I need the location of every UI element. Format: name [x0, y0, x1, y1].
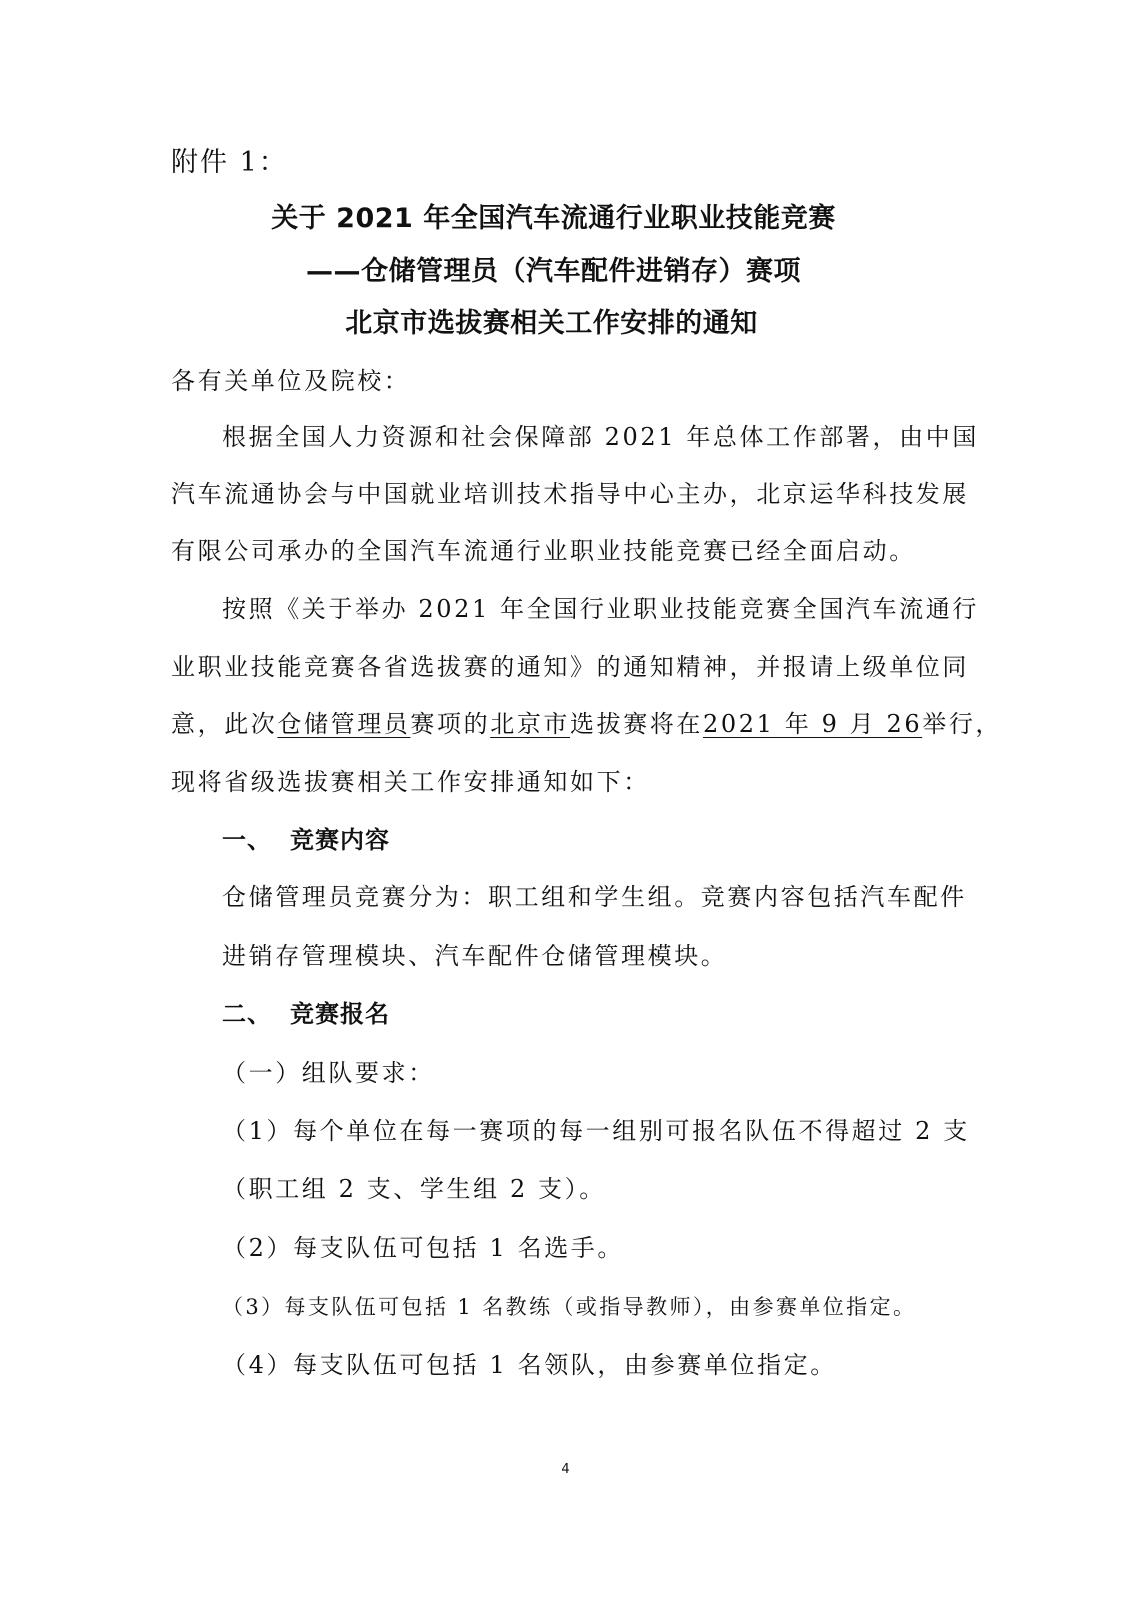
date-underlined: 2021 年 9 月 26 — [703, 710, 922, 738]
paragraph2-line-2: 业职业技能竞赛各省选拔赛的通知》的通知精神，并报请上级单位同 — [171, 652, 969, 682]
section2-item-4: （4）每支队伍可包括 1 名领队，由参赛单位指定。 — [222, 1350, 837, 1380]
city-underlined: 北京市 — [490, 710, 570, 738]
section2-item-3: （3）每支队伍可包括 1 名教练（或指导教师），由参赛单位指定。 — [222, 1292, 916, 1322]
page-number: 4 — [0, 1462, 1131, 1477]
title-line-1: 关于 2021 年全国汽车流通行业职业技能竞赛 — [0, 202, 1119, 236]
paragraph1-line-3: 有限公司承办的全国汽车流通行业职业技能竞赛已经全面启动。 — [171, 536, 916, 566]
section1-line-1: 仓储管理员竞赛分为：职工组和学生组。竞赛内容包括汽车配件 — [222, 882, 967, 912]
section2-subheading: （一）组队要求： — [222, 1058, 435, 1088]
paragraph2-line-1: 按照《关于举办 2021 年全国行业职业技能竞赛全国汽车流通行 — [222, 594, 979, 624]
annex-label: 附件 1： — [171, 148, 288, 178]
paragraph2-line-3-mid2: 选拔赛将在 — [570, 710, 703, 738]
event-name-underlined: 仓储管理员 — [277, 710, 410, 738]
salutation: 各有关单位及院校： — [171, 366, 410, 396]
paragraph2-line-3: 意，此次仓储管理员赛项的北京市选拔赛将在2021 年 9 月 26举行， — [171, 709, 1002, 739]
paragraph2-line-3-mid1: 赛项的 — [410, 710, 490, 738]
section2-item-2: （2）每支队伍可包括 1 名选手。 — [222, 1233, 624, 1263]
title-line-3: 北京市选拔赛相关工作安排的通知 — [0, 307, 1117, 341]
paragraph1-line-2: 汽车流通协会与中国就业培训技术指导中心主办，北京运华科技发展 — [171, 479, 969, 509]
section2-title: 竞赛报名 — [290, 1000, 390, 1028]
section2-item-1-cont: （职工组 2 支、学生组 2 支）。 — [222, 1174, 606, 1204]
section1-number: 一、 — [222, 825, 290, 855]
document-page: 附件 1： 关于 2021 年全国汽车流通行业职业技能竞赛 ——仓储管理员（汽车… — [0, 0, 1131, 1600]
title-line-2: ——仓储管理员（汽车配件进销存）赛项 — [0, 255, 1119, 289]
paragraph2-line-3-pre: 意，此次 — [171, 710, 277, 738]
section2-item-1: （1）每个单位在每一赛项的每一组别可报名队伍不得超过 2 支 — [222, 1116, 970, 1146]
section2-heading: 二、竞赛报名 — [222, 999, 390, 1029]
section2-number: 二、 — [222, 999, 290, 1029]
section1-line-2: 进销存管理模块、汽车配件仓储管理模块。 — [222, 941, 727, 971]
section1-title: 竞赛内容 — [290, 826, 390, 854]
paragraph2-line-4: 现将省级选拔赛相关工作安排通知如下： — [171, 767, 650, 797]
paragraph1-line-1: 根据全国人力资源和社会保障部 2021 年总体工作部署，由中国 — [222, 422, 979, 452]
paragraph2-line-3-post: 举行， — [922, 710, 1002, 738]
section1-heading: 一、竞赛内容 — [222, 825, 390, 855]
